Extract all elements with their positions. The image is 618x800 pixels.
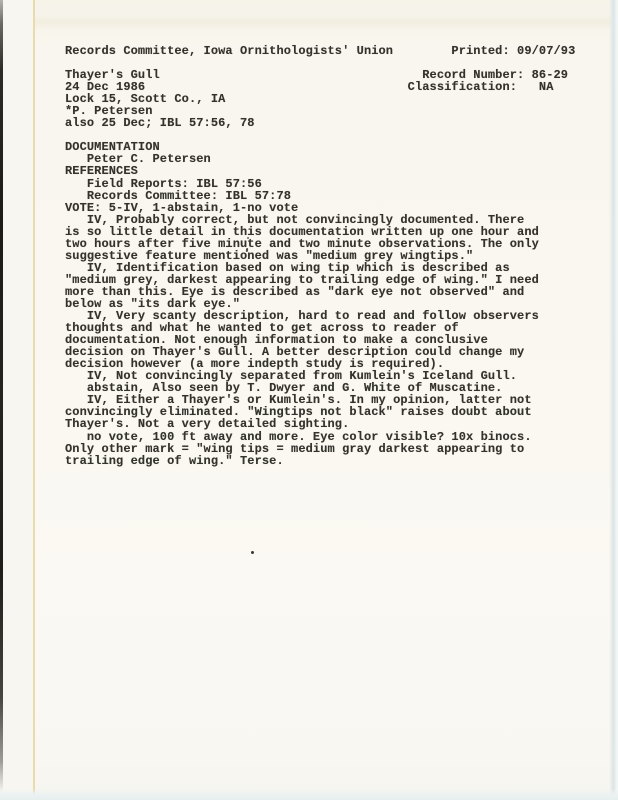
- scan-edge-right: [609, 0, 618, 800]
- ink-speck: [251, 551, 254, 554]
- scan-left-margin: [3, 0, 33, 800]
- scan-edge-shadow-left: [0, 0, 3, 792]
- scan-edge-bottom: [0, 789, 618, 800]
- scan-shading-band: [0, 14, 618, 30]
- typewritten-text: Records Committee, Iowa Ornithologists' …: [65, 45, 575, 467]
- ink-speck: [247, 237, 249, 239]
- scanned-document: Records Committee, Iowa Ornithologists' …: [0, 0, 618, 800]
- page-edge-line: [33, 0, 35, 800]
